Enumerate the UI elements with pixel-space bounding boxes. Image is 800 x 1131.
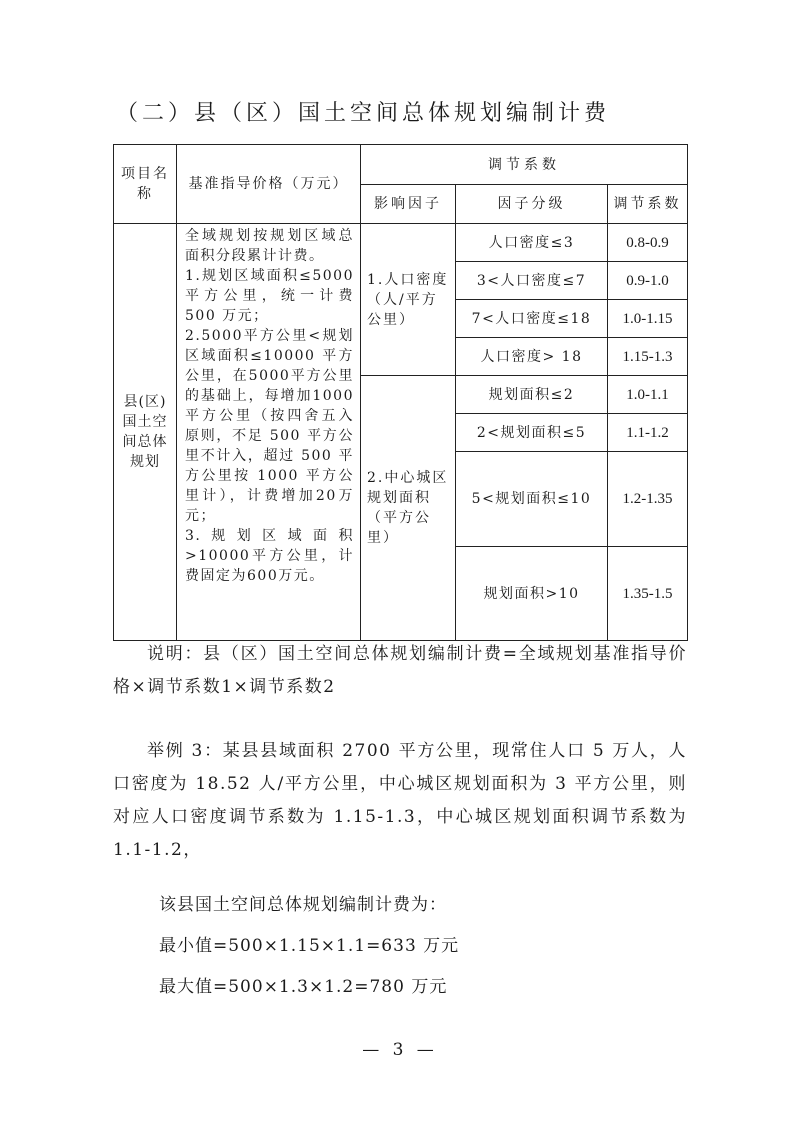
coefficient-cell: 1.1-1.2 [608, 414, 688, 452]
grade-cell: 5<规划面积≤10 [456, 452, 608, 547]
result-intro: 该县国土空间总体规划编制计费为： [159, 890, 447, 915]
header-row-1: 项目名称 基准指导价格（万元） 调节系数 [114, 145, 688, 185]
coefficient-cell: 1.0-1.1 [608, 376, 688, 414]
base-price-paragraph: 全域规划按规划区域总面积分段累计计费。 [185, 226, 354, 266]
project-name-cell: 县(区)国土空间总体规划 [114, 224, 177, 641]
grade-cell: 2<规划面积≤5 [456, 414, 608, 452]
fee-table: 项目名称 基准指导价格（万元） 调节系数 影响因子 因子分级 调节系数 县(区)… [113, 144, 688, 641]
header-coefficient: 调节系数 [608, 185, 688, 224]
header-factor: 影响因子 [361, 185, 456, 224]
factor-central-area: 2.中心城区规划面积（平方公里） [361, 376, 456, 641]
grade-cell: 规划面积≤2 [456, 376, 608, 414]
header-adjustment: 调节系数 [361, 145, 688, 185]
grade-cell: 人口密度≤3 [456, 224, 608, 262]
header-grade: 因子分级 [456, 185, 608, 224]
grade-cell: 人口密度> 18 [456, 338, 608, 376]
grade-cell: 3<人口密度≤7 [456, 262, 608, 300]
min-value: 最小值=500×1.15×1.1=633 万元 [159, 931, 459, 956]
coefficient-cell: 1.2-1.35 [608, 452, 688, 547]
page-number: — 3 — [0, 1040, 800, 1060]
coefficient-cell: 1.15-1.3 [608, 338, 688, 376]
coefficient-cell: 0.8-0.9 [608, 224, 688, 262]
section-heading: （二）县（区）国土空间总体规划编制计费 [116, 96, 610, 127]
base-price-paragraph: 1.规划区域面积≤5000平方公里，统一计费 500 万元； [185, 266, 354, 326]
formula-note: 说明：县（区）国土空间总体规划编制计费=全域规划基准指导价格×调节系数1×调节系… [113, 638, 687, 704]
grade-cell: 7<人口密度≤18 [456, 300, 608, 338]
coefficient-cell: 1.35-1.5 [608, 547, 688, 641]
base-price-paragraph: 2.5000平方公里<规划区域面积≤10000 平方公里，在5000平方公里的基… [185, 326, 354, 526]
header-project-name: 项目名称 [114, 145, 177, 224]
grade-cell: 规划面积>10 [456, 547, 608, 641]
coefficient-cell: 0.9-1.0 [608, 262, 688, 300]
base-price-paragraph: 3.规划区域面积>10000平方公里，计费固定为600万元。 [185, 526, 354, 586]
header-base-price: 基准指导价格（万元） [177, 145, 361, 224]
table-row: 县(区)国土空间总体规划 全域规划按规划区域总面积分段累计计费。 1.规划区域面… [114, 224, 688, 262]
base-price-cell: 全域规划按规划区域总面积分段累计计费。 1.规划区域面积≤5000平方公里，统一… [177, 224, 361, 641]
max-value: 最大值=500×1.3×1.2=780 万元 [159, 972, 447, 997]
factor-population-density: 1.人口密度（人/平方公里） [361, 224, 456, 376]
coefficient-cell: 1.0-1.15 [608, 300, 688, 338]
example-paragraph: 举例 3：某县县域面积 2700 平方公里，现常住人口 5 万人，人口密度为 1… [113, 735, 687, 867]
